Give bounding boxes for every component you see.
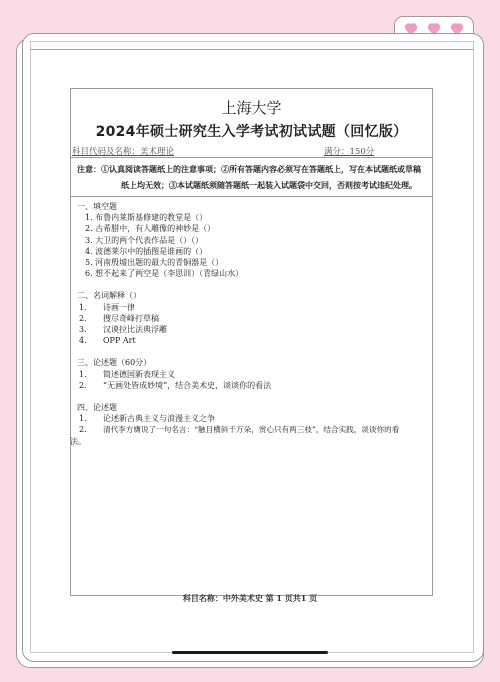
item-number: 1. bbox=[79, 369, 103, 380]
section-heading: 二、名词解释（） bbox=[77, 290, 432, 301]
question-item: 3. 大卫的两个代表作品是（）（） bbox=[85, 235, 432, 246]
item-text-overflow: 法。 bbox=[70, 436, 432, 447]
item-text: 清代李方膺说了一句名言：“触目横斜千万朵，赏心只有两三枝”，结合实践，谈谈你的看 bbox=[103, 424, 399, 435]
question-item: 2.清代李方膺说了一句名言：“触目横斜千万朵，赏心只有两三枝”，结合实践，谈谈你… bbox=[79, 424, 432, 435]
item-text: 论述新古典主义与浪漫主义之争 bbox=[103, 413, 215, 424]
question-item: 2.搜尽奇峰打草稿 bbox=[79, 313, 432, 324]
university-name: 上海大学 bbox=[71, 97, 432, 118]
item-number: 2. bbox=[79, 380, 103, 391]
question-item: 2. 古希腊中，有人雕像的神妙是（） bbox=[85, 223, 432, 234]
subject-row: 科目代码及名称：美术理论 满分：150分 bbox=[71, 145, 432, 158]
item-text: 搜尽奇峰打草稿 bbox=[103, 313, 159, 324]
notice-line-1: 注意：①认真阅读答题纸上的注意事项；②所有答题内容必须写在答题纸上，写在本试题纸… bbox=[77, 164, 421, 175]
item-number: 3. bbox=[79, 324, 103, 335]
exam-document: 上海大学 2024年硕士研究生入学考试初试试题（回忆版） 科目代码及名称：美术理… bbox=[70, 88, 433, 596]
item-text: OPP Art bbox=[103, 335, 136, 346]
question-item: 1.诗画一律 bbox=[79, 302, 432, 313]
question-item: 1. 布鲁内莱斯基修建的教堂是（） bbox=[85, 212, 432, 223]
section-heading: 三、论述题（60分） bbox=[77, 357, 432, 368]
question-item: 4.OPP Art bbox=[79, 335, 432, 346]
item-number: 4. bbox=[79, 335, 103, 346]
notice-box: 注意：①认真阅读答题纸上的注意事项；②所有答题内容必须写在答题纸上，写在本试题纸… bbox=[71, 158, 432, 197]
home-indicator bbox=[172, 651, 328, 654]
question-item: 6. 想不起来了两空是（李思训）（青绿山水） bbox=[85, 268, 432, 279]
question-item: 1.简述德国新表现主义 bbox=[79, 369, 432, 380]
item-number: 1. bbox=[79, 413, 103, 424]
subject-code-name: 科目代码及名称：美术理论 bbox=[72, 145, 174, 157]
question-item: 3.汉谟拉比法典浮雕 bbox=[79, 324, 432, 335]
page-footer: 科目名称：中外美术史 第 1 页共1 页 bbox=[0, 593, 500, 604]
item-number: 1. bbox=[79, 302, 103, 313]
notice-line-2: 纸上均无效；③本试题纸须随答题纸一起装入试题袋中交回，否则按考试违纪处理。 bbox=[121, 180, 417, 191]
section-heading: 四、论述题 bbox=[77, 402, 432, 413]
item-text: 诗画一律 bbox=[103, 302, 135, 313]
screen-top-bar bbox=[31, 42, 473, 50]
item-number: 2. bbox=[79, 424, 103, 435]
question-item: 1.论述新古典主义与浪漫主义之争 bbox=[79, 413, 432, 424]
exam-title: 2024年硕士研究生入学考试初试试题（回忆版） bbox=[71, 121, 432, 141]
full-score: 满分：150分 bbox=[324, 145, 374, 157]
item-text: 汉谟拉比法典浮雕 bbox=[103, 324, 167, 335]
question-item: 5. 河南殷墟出题的最大的青铜器是（） bbox=[85, 257, 432, 268]
question-item: 4. 波德莱尔中的插图是谁画的（） bbox=[85, 246, 432, 257]
item-text: “无画处皆成妙境”，结合美术史，谈谈你的看法 bbox=[103, 380, 271, 391]
question-body: 一、填空题 1. 布鲁内莱斯基修建的教堂是（） 2. 古希腊中，有人雕像的神妙是… bbox=[71, 201, 432, 447]
section-heading: 一、填空题 bbox=[77, 201, 432, 212]
question-item: 2.“无画处皆成妙境”，结合美术史，谈谈你的看法 bbox=[79, 380, 432, 391]
item-text: 简述德国新表现主义 bbox=[103, 369, 175, 380]
item-number: 2. bbox=[79, 313, 103, 324]
